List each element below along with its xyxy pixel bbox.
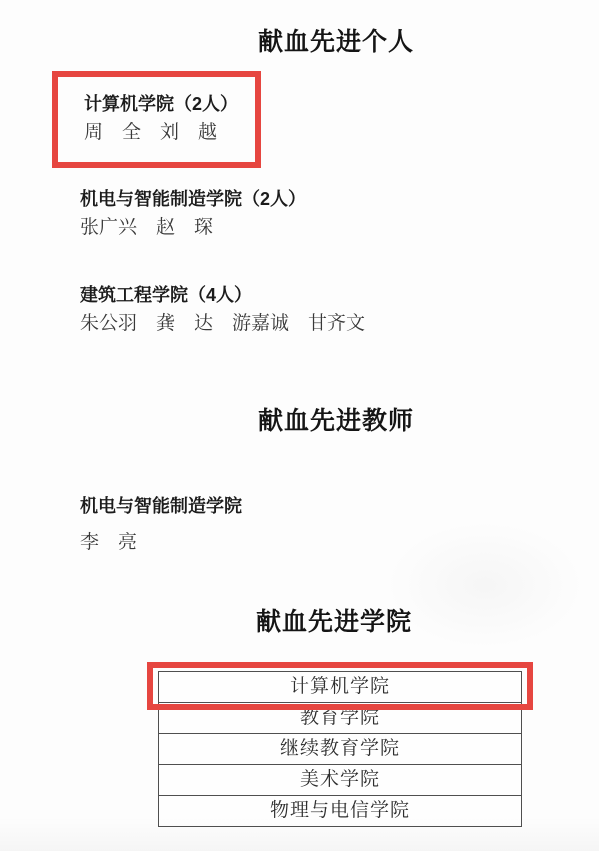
group-heading-computer-college: 计算机学院（2人） [84, 92, 255, 116]
highlight-box-individuals: 计算机学院（2人） 周 全 刘 越 [52, 71, 261, 168]
group-names-mech-teacher: 李 亮 [80, 531, 242, 555]
group-heading-civil-college: 建筑工程学院（4人） [80, 283, 365, 307]
table-row-computer-college: 计算机学院 [159, 672, 521, 702]
college-table: 计算机学院 教育学院 继续教育学院 美术学院 物理与电信学院 [158, 671, 522, 827]
page-title-colleges: 献血先进学院 [256, 602, 412, 638]
page-title-teachers: 献血先进教师 [258, 401, 414, 437]
group-mech-college: 机电与智能制造学院（2人） 张广兴 赵 琛 [80, 187, 306, 240]
document-page: 献血先进个人 计算机学院（2人） 周 全 刘 越 机电与智能制造学院（2人） 张… [0, 0, 599, 851]
table-row-education-college: 教育学院 [159, 702, 521, 733]
group-heading-mech-teacher: 机电与智能制造学院 [80, 494, 242, 518]
group-heading-mech-college: 机电与智能制造学院（2人） [80, 187, 306, 211]
table-row-physics-telecom-college: 物理与电信学院 [159, 795, 521, 826]
group-names-civil-college: 朱公羽 龚 达 游嘉诚 甘齐文 [80, 312, 365, 336]
group-civil-college: 建筑工程学院（4人） 朱公羽 龚 达 游嘉诚 甘齐文 [80, 283, 365, 336]
table-row-fine-arts-college: 美术学院 [159, 764, 521, 795]
page-title-individuals: 献血先进个人 [258, 22, 414, 58]
group-names-computer-college: 周 全 刘 越 [84, 121, 255, 145]
group-names-mech-college: 张广兴 赵 琛 [80, 216, 306, 240]
group-mech-teacher: 机电与智能制造学院 李 亮 [80, 494, 242, 555]
table-row-continuing-education-college: 继续教育学院 [159, 733, 521, 764]
